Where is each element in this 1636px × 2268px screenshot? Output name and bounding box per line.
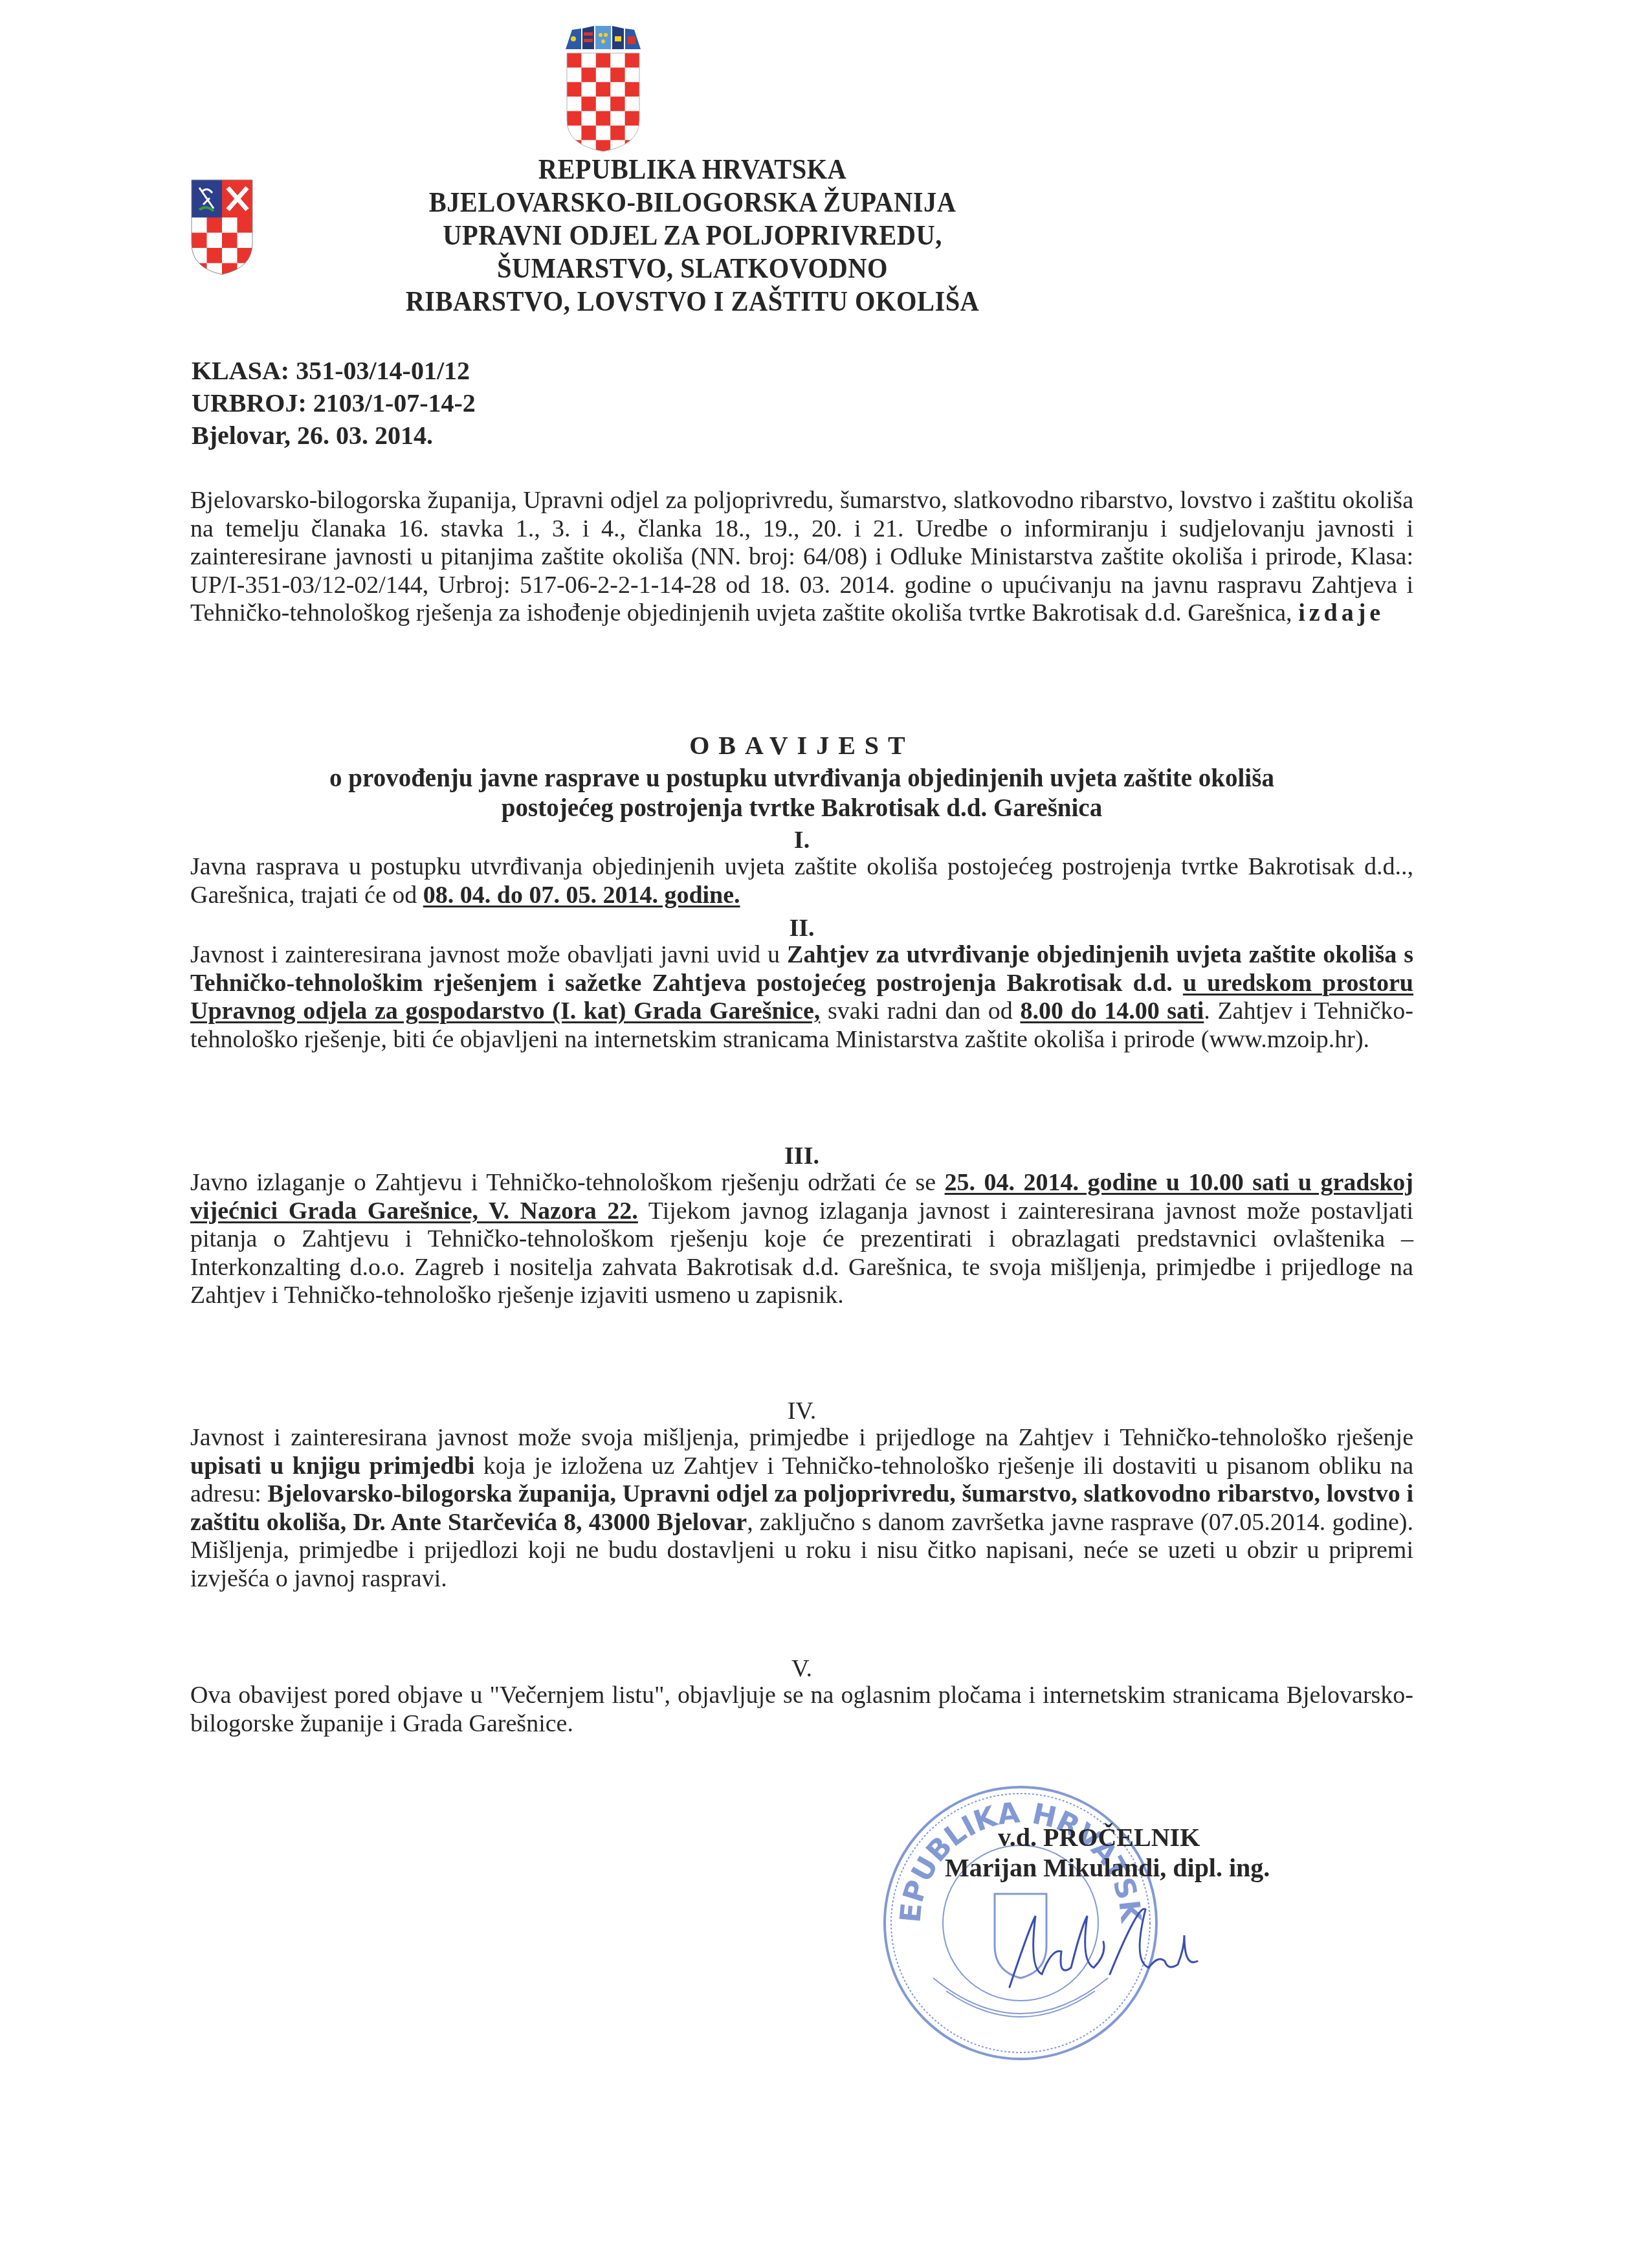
header-line: BJELOVARSKO-BILOGORSKA ŽUPANIJA [317,186,1067,219]
signature-block: v.d. PROČELNIK Marijan Mikulandi, dipl. … [945,1822,1398,1883]
notice-subtitle-line: o provođenju javne rasprave u postupku u… [190,764,1413,794]
section-number-4: IV. [190,1397,1413,1425]
comment-book: upisati u knjigu primjedbi [190,1452,474,1480]
header-line: REPUBLIKA HRVATSKA [317,153,1067,186]
section-3-paragraph: Javno izlaganje o Zahtjevu i Tehničko-te… [190,1169,1413,1310]
section-2-text: svaki radni dan od [820,997,1020,1025]
section-5-text: Ova obavijest pored objave u "Večernjem … [190,1682,1413,1738]
section-4-paragraph: Javnost i zainteresirana javnost može sv… [190,1424,1413,1593]
section-5-paragraph: Ova obavijest pored objave u "Večernjem … [190,1682,1413,1738]
intro-emphasis: izdaje [1298,599,1384,627]
section-1-paragraph: Javna rasprava u postupku utvrđivanja ob… [190,853,1413,909]
place-date: Bjelovar, 26. 03. 2014. [192,419,476,452]
hearing-period: 08. 04. do 07. 05. 2014. godine. [423,882,740,909]
header-line: UPRAVNI ODJEL ZA POLJOPRIVREDU, [317,219,1067,252]
inspection-hours: 8.00 do 14.00 sati [1020,997,1204,1025]
section-1-text: Javna rasprava u postupku utvrđivanja ob… [190,853,1413,909]
section-number-2: II. [190,914,1413,942]
section-number-3: III. [190,1142,1413,1170]
issuer-header: REPUBLIKA HRVATSKA BJELOVARSKO-BILOGORSK… [317,153,1067,318]
section-4-text: Javnost i zainteresirana javnost može sv… [190,1424,1413,1451]
signatory-title: v.d. PROČELNIK [945,1822,1398,1852]
reference-block: KLASA: 351-03/14-01/12 URBROJ: 2103/1-07… [192,355,476,452]
handwritten-signature-icon [990,1890,1249,2000]
urbroj-number: URBROJ: 2103/1-07-14-2 [192,387,476,419]
signatory-name: Marijan Mikulandi, dipl. ing. [945,1852,1398,1883]
section-2-paragraph: Javnost i zainteresirana javnost može ob… [190,941,1413,1054]
croatian-coat-of-arms-icon [562,23,645,153]
section-number-5: V. [190,1654,1413,1683]
header-line: ŠUMARSTVO, SLATKOVODNO [317,252,1067,285]
intro-text: Bjelovarsko-bilogorska županija, Upravni… [190,487,1413,627]
notice-subtitle-line: postojećeg postrojenja tvrtke Bakrotisak… [190,794,1413,823]
header-line: RIBARSTVO, LOVSTVO I ZAŠTITU OKOLIŠA [317,285,1067,318]
section-3-text: Javno izlaganje o Zahtjevu i Tehničko-te… [190,1169,945,1196]
section-2-text: Javnost i zainteresirana javnost može ob… [190,941,787,968]
intro-paragraph: Bjelovarsko-bilogorska županija, Upravni… [190,487,1413,628]
klasa-number: KLASA: 351-03/14-01/12 [192,355,476,387]
section-number-1: I. [190,826,1413,854]
document-page: REPUBLIKA HRVATSKA BJELOVARSKO-BILOGORSK… [0,0,1636,2268]
notice-title: OBAVIJEST [190,730,1413,761]
county-coat-of-arms-icon [190,179,254,276]
notice-subtitle: o provođenju javne rasprave u postupku u… [190,764,1413,823]
